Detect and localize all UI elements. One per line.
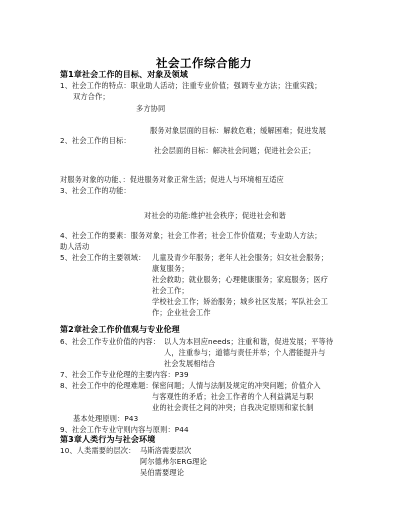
item-10-line-2: 阿尔德弗尔ERG理论 (140, 457, 207, 467)
item-6-line-2: 人，注重参与；道德与责任并举；个人潜能提升与 (164, 348, 325, 358)
item-10-line-3: 吴伯需要理论 (140, 468, 184, 478)
item-1-line-3: 多方协同 (136, 104, 165, 114)
item-4-line-2: 助人活动 (60, 242, 89, 252)
item-8-line-1: 保密问题；人情与法制及规定的冲突问题；价值介入 (152, 381, 321, 391)
item-9: 9、社会工作专业守则内容与原则：P44 (60, 425, 189, 435)
item-5-line-3: 社会救助；就业服务；心理健康服务；家庭服务；医疗 (152, 275, 328, 285)
item-1-line-2: 双方合作； (73, 92, 110, 102)
chapter-2-heading: 第2章社会工作价值观与专业伦理 (60, 325, 180, 335)
item-3-sub: 对社会的功能:维护社会秩序；促进社会和谐 (144, 211, 286, 221)
item-5-line-1: 儿童及青少年服务；老年人社会服务；妇女社会服务； (152, 253, 328, 263)
item-10-line-1: 马斯洛需要层次 (140, 446, 191, 456)
item-2-label: 2、社会工作的目标： (60, 136, 131, 146)
item-1-line-1: 1、社会工作的特点：职业助人活动；注重专业价值；强调专业方法；注重实践； (60, 81, 322, 91)
item-8-line-3: 业的社会责任之间的冲突；自我决定原则和家长制 (152, 403, 313, 413)
item-6-line-3: 社会发展相结合 (164, 359, 215, 369)
item-4-line-1: 4、社会工作的要素：服务对象；社会工作者；社会工作价值观；专业助人方法； (60, 231, 322, 241)
item-8-line-2: 与客观性的矛盾；社会工作者的个人利益满足与职 (152, 392, 313, 402)
document-title: 社会工作综合能力 (0, 55, 408, 71)
item-5-line-5: 学校社会工作；矫治服务；城乡社区发展；军队社会工 (152, 297, 328, 307)
document-page: 社会工作综合能力 第1章社会工作的目标、对象及领域 1、社会工作的特点：职业助人… (0, 0, 408, 528)
item-2-sub-1: 服务对象层面的目标：解救危难；缓解困难；促进发展 (150, 126, 326, 136)
item-8-line-4: 基本处理原则：P43 (73, 414, 138, 424)
item-5-line-2: 康复服务； (152, 264, 189, 274)
item-5-line-4: 社会工作； (152, 286, 189, 296)
item-6-line-1: 以人为本回应needs；注重和谐，促进发展；平等待 (164, 337, 333, 347)
item-8-label: 8、社会工作中的伦理难题： (60, 381, 153, 391)
item-2-sub-2: 社会层面的目标：解决社会问题；促进社会公正； (154, 146, 315, 156)
item-6-label: 6、社会工作专业价值的内容： (60, 337, 160, 347)
chapter-1-heading: 第1章社会工作的目标、对象及领域 (60, 70, 188, 80)
item-10-label: 10、人类需要的层次： (60, 446, 135, 456)
chapter-3-heading: 第3章人类行为与社会环境 (60, 435, 155, 445)
item-3-pre: 对服务对象的功能、：促进服务对象正常生活；促进人与环境相互适应 (60, 175, 284, 185)
item-5-label: 5、社会工作的主要领域： (60, 253, 145, 263)
item-5-line-6: 作；企业社会工作 (152, 308, 211, 318)
item-7: 7、社会工作专业伦理的主要内容：P39 (60, 370, 189, 380)
item-3-label: 3、社会工作的功能： (60, 186, 131, 196)
